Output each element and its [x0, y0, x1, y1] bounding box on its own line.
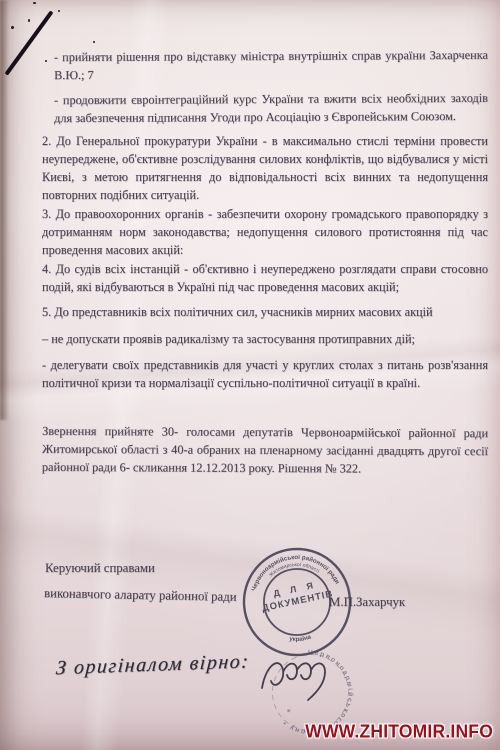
document-photo: - прийняти рішення про відставку міністр…: [0, 0, 500, 750]
paper-edge-shadow: [0, 0, 9, 420]
paragraph-political-forces: 5. До представників всіх політичних сил,…: [42, 303, 488, 321]
paragraph-delegates: - делегувати своїх представників для уча…: [42, 356, 488, 392]
paragraph-law-enforcement: 3. До правоохоронних органів - забезпечи…: [42, 205, 488, 259]
ink-speckle: [33, 2, 36, 4]
signature-flourish: [256, 650, 352, 708]
ink-speckle: [28, 19, 30, 22]
ink-speckle: [58, 10, 60, 12]
paragraph-courts: 4. До судів всіх інстанцій - об'єктивно …: [42, 260, 488, 296]
closing-role-line1: Керуючий справами: [45, 561, 155, 576]
ink-speckle: [11, 26, 14, 29]
paper-sheet: - прийняти рішення про відставку міністр…: [0, 0, 500, 750]
ink-speckle: [93, 41, 95, 43]
closing-role-line2: виконавчого аларату районної ради: [44, 586, 237, 605]
paragraph-prosecutor: 2. До Генеральної прокуратури України - …: [42, 132, 488, 204]
paragraph-no-radicalism: – не допускати проявів радикалізму та за…: [42, 330, 488, 348]
site-watermark: WWW.ZHITOMIR.INFO: [305, 720, 493, 743]
paragraph-eurointegration: - продовжити євроінтеграційний курс Укра…: [54, 89, 488, 127]
paragraph-resignation: - прийняти рішення про відставку міністр…: [54, 46, 488, 84]
ink-speckle: [45, 60, 47, 62]
paragraph-adoption-note: Звернення прийняте 30- голосами депутаті…: [42, 422, 488, 478]
